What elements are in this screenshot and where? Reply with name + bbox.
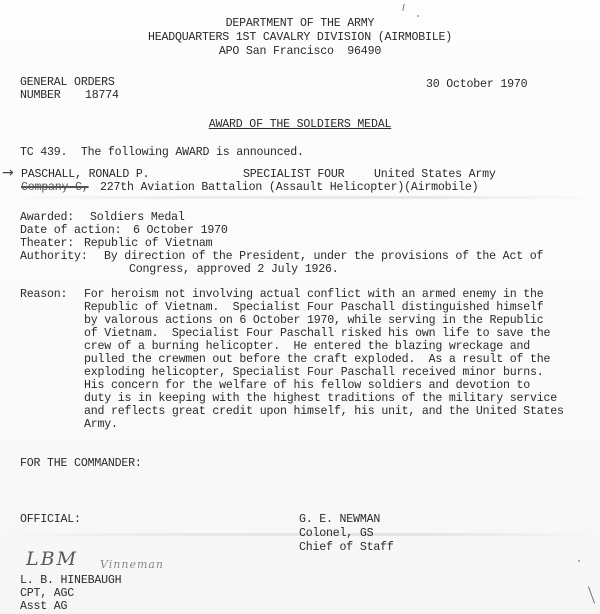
letterhead-department: DEPARTMENT OF THE ARMY (0, 17, 600, 30)
signer-rank: Colonel, GS (299, 527, 373, 540)
handwritten-signature: LBM (26, 548, 78, 570)
reason-line: and reflects great credit upon himself, … (84, 405, 564, 418)
reason-line: For heroism not involving actual conflic… (84, 288, 544, 301)
order-number: 18774 (85, 89, 119, 102)
official-rank: CPT, AGC (20, 587, 74, 600)
paper-fold (0, 196, 600, 199)
reason-line: duty is in keeping with the highest trad… (84, 392, 557, 405)
letterhead-headquarters: HEADQUARTERS 1ST CAVALRY DIVISION (AIRMO… (0, 31, 600, 44)
authority-line: Congress, approved 2 July 1926. (129, 263, 338, 276)
reason-line: Army. (84, 418, 118, 431)
recipient-name: PASCHALL, RONALD P. (21, 168, 149, 181)
ink-dot (578, 560, 580, 562)
reason-line: pulled the crewmen out before the craft … (84, 353, 550, 366)
awarded-label: Awarded: (20, 211, 74, 224)
signer-name: G. E. NEWMAN (299, 513, 380, 526)
number-label: NUMBER (20, 89, 61, 102)
reason-line: by valorous actions on 6 October 1970, w… (84, 314, 544, 327)
theater-label: Theater: (20, 237, 74, 250)
official-name: L. B. HINEBAUGH (20, 574, 121, 587)
signer-title: Chief of Staff (299, 541, 394, 554)
theater-value: Republic of Vietnam (84, 237, 212, 250)
ink-mark (588, 586, 595, 603)
recipient-rank: SPECIALIST FOUR (243, 168, 344, 181)
reason-label: Reason: (20, 288, 67, 301)
award-title: AWARD OF THE SOLDIERS MEDAL (0, 118, 600, 131)
reason-line: of Vietnam. Specialist Four Paschall ris… (84, 327, 550, 340)
reason-line: crew of a burning helicopter. He entered… (84, 340, 530, 353)
authority-line: By direction of the President, under the… (104, 250, 543, 263)
reason-line: His concern for the welfare of his fello… (84, 379, 530, 392)
arrow-icon: → (2, 165, 14, 181)
recipient-service: United States Army (374, 168, 496, 181)
recipient-unit: 227th Aviation Battalion (Assault Helico… (100, 181, 478, 194)
date-of-action-value: 6 October 1970 (133, 224, 228, 237)
date-of-action-label: Date of action: (20, 224, 121, 237)
awarded-value: Soldiers Medal (90, 211, 185, 224)
reason-line: Republic of Vietnam. Specialist Four Pas… (84, 301, 544, 314)
official-title: Asst AG (20, 600, 67, 613)
handwritten-signature-tail: Vinneman (100, 558, 164, 571)
document-page: DEPARTMENT OF THE ARMY HEADQUARTERS 1ST … (0, 0, 600, 614)
reason-line: exploding helicopter, Specialist Four Pa… (84, 366, 544, 379)
struck-unit-text: Company C, (21, 181, 89, 194)
announcement: TC 439. The following AWARD is announced… (20, 146, 304, 159)
for-the-commander: FOR THE COMMANDER: (20, 457, 142, 470)
letterhead-address: APO San Francisco 96490 (0, 45, 600, 58)
order-date: 30 October 1970 (426, 78, 527, 91)
authority-label: Authority: (20, 250, 88, 263)
ink-mark (402, 4, 404, 11)
general-orders-label: GENERAL ORDERS (20, 76, 115, 89)
official-label: OFFICIAL: (20, 513, 81, 526)
